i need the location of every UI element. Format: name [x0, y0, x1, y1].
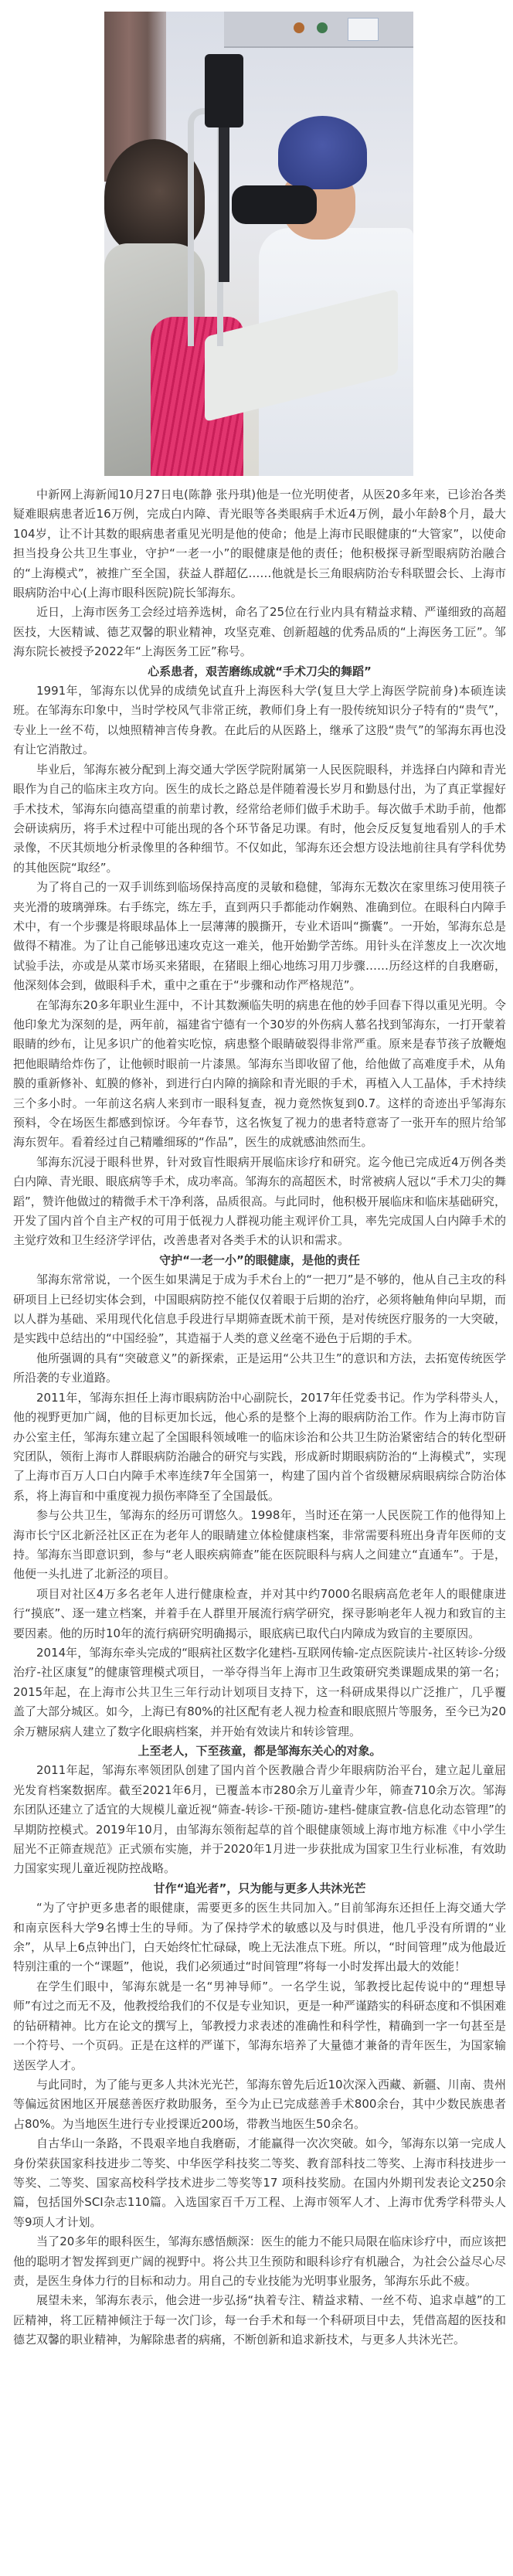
article: 中新网上海新闻10月27日电(陈静 张丹琪)他是一位光明使者，从医20多年来，已… [0, 0, 513, 2353]
microscope-eyepiece-shape [232, 185, 317, 224]
wall-knob-shape [294, 22, 304, 33]
section-heading: 心系患者，艰苦磨练成就“手术刀尖的舞蹈” [13, 662, 506, 681]
article-photo [104, 12, 413, 476]
paragraph: 在邹海东20多年职业生涯中，不计其数濒临失明的病患在他的妙手回春下得以重见光明。… [13, 996, 506, 1153]
paragraph: 2014年，邹海东牵头完成的“眼病社区数字化建档-互联网传输-定点医院读片-社区… [13, 1643, 506, 1742]
paragraph: 参与公共卫生，邹海东的经历可谓悠久。1998年，当时还在第一人民医院工作的他得知… [13, 1506, 506, 1585]
wall-knob-shape [317, 22, 328, 33]
slit-lamp-pole-shape [219, 127, 229, 282]
paragraph: 展望未来，邹海东表示，他会进一步弘扬“执着专注、精益求精、一丝不苟、追求卓越”的… [13, 2291, 506, 2350]
paragraph: 1991年，邹海东以优异的成绩免试直升上海医科大学(复旦大学上海医学院前身)本硕… [13, 681, 506, 760]
paragraph: 自古华山一条路，不畏艰辛地自我磨砺，才能赢得一次次突破。如今，邹海东以第一完成人… [13, 2134, 506, 2232]
paragraph: 他所强调的具有“突破意义”的新探索，正是运用“公共卫生”的意识和方法，去拓宽传统… [13, 1349, 506, 1388]
section-heading: 甘作“追光者”，只为能与更多人共沐光芒 [13, 1879, 506, 1898]
paragraph: 近日，上海市医务工会经过培养选树，命名了25位在行业内具有精益求精、严谨细致的高… [13, 603, 506, 661]
surgical-cap-shape [278, 116, 367, 189]
paragraph: 邹海东常常说，一个医生如果满足于成为手术台上的“一把刀”是不够的，他从自己主攻的… [13, 1270, 506, 1349]
paragraph: “为了守护更多患者的眼健康，需要更多的医生共同加入。”目前邹海东还担任上海交通大… [13, 1898, 506, 1977]
paragraph: 毕业后，邹海东被分配到上海交通大学医学院附属第一人民医院眼科，并选择白内障和青光… [13, 760, 506, 878]
section-heading: 守护“一老一小”的眼健康，是他的责任 [13, 1251, 506, 1270]
article-body: 中新网上海新闻10月27日电(陈静 张丹琪)他是一位光明使者，从医20多年来，已… [13, 485, 506, 2350]
paragraph: 中新网上海新闻10月27日电(陈静 张丹琪)他是一位光明使者，从医20多年来，已… [13, 485, 506, 603]
paragraph: 邹海东沉浸于眼科世界，针对致盲性眼病开展临床诊疗和研究。迄今他已完成近4万例各类… [13, 1153, 506, 1251]
paragraph: 与此同时，为了能与更多人共沐光光芒，邹海东曾先后近10次深入西藏、新疆、川南、贵… [13, 2075, 506, 2134]
paragraph: 2011年起，邹海东率领团队创建了国内首个医教融合青少年眼病防治平台，建立起儿童… [13, 1761, 506, 1878]
section-heading: 上至老人，下至孩童，都是邹海东关心的对象。 [13, 1742, 506, 1761]
paragraph: 在学生们眼中，邹海东就是一名“男神导师”。一名学生说，邹教授比起传说中的“理想导… [13, 1977, 506, 2075]
paragraph: 当了20多年的眼科医生，邹海东感悟颇深：医生的能力不能只局限在临床诊疗中，而应该… [13, 2232, 506, 2291]
paragraph: 为了将自己的一双手训练到临场保持高度的灵敏和稳健，邹海东无数次在家里练习使用筷子… [13, 878, 506, 995]
paragraph: 项目对社区4万多名老年人进行健康检查，并对其中约7000名眼病高危老年人的眼健康… [13, 1585, 506, 1643]
photo-image-icon [104, 12, 413, 476]
wall-socket-shape [348, 18, 379, 41]
paragraph: 2011年，邹海东担任上海市眼病防治中心副院长，2017年任党委书记。作为学科带… [13, 1388, 506, 1506]
slit-lamp-shape [205, 54, 243, 127]
